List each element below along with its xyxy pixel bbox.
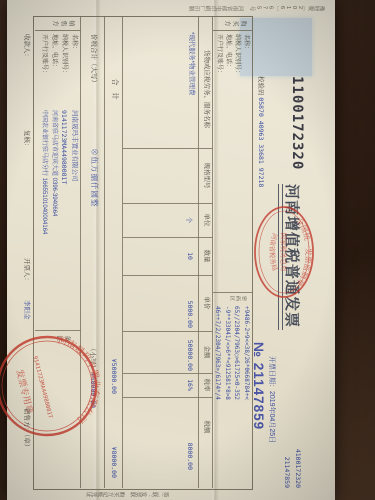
payee-label: 收款人： — [23, 34, 30, 60]
drawer-name: 李阳金 — [23, 300, 30, 320]
column-line — [123, 275, 213, 276]
buyer-side-label: 购买方 — [223, 19, 247, 25]
item-unit: 个 — [185, 203, 194, 237]
seller-bank-label: 开户行及账号： — [41, 34, 47, 76]
grand-total-label: 价税合计（大写） — [90, 34, 97, 86]
password-line: +9486-2+9<<38/26*0668784+< — [243, 306, 249, 400]
seller-seal-footer-label: 销售方：（章） — [23, 408, 30, 450]
column-line — [123, 237, 213, 238]
svg-text:河南省税务局: 河南省税务局 — [268, 232, 280, 272]
totals-tax: ¥8000.00 — [110, 408, 118, 478]
invoice-paper: 豫财税〔2016〕675号 河南省邮电印刷厂印制 1100172320 校验码 … — [7, 0, 335, 500]
col-header-taxamount: 税额 — [203, 397, 210, 457]
table-line — [35, 30, 81, 31]
col-header-taxrate: 税率 — [203, 373, 210, 397]
password-side-label: 密码区 — [229, 295, 247, 300]
col-header-amount: 金额 — [203, 331, 210, 373]
grand-total-in-words: ⊗伍万捌仟圆整 — [91, 148, 99, 208]
item-tax-rate: 16% — [186, 373, 194, 397]
totals-label: 合 计 — [111, 30, 118, 148]
table-line — [122, 16, 123, 488]
column-line — [123, 397, 213, 398]
item-amount: 50000.00 — [186, 331, 194, 371]
monitor-stamp-center: 国家税务总局 — [280, 233, 289, 273]
monitor-stamp-bottom-arc: 河南省税务局 — [268, 232, 280, 272]
seller-name-label: 名称： — [71, 34, 77, 52]
right-edge-copy-info: 第二联：发票联 购买方记账凭证 — [87, 490, 170, 496]
column-line — [123, 148, 213, 149]
col-header-unit: 单位 — [203, 203, 210, 237]
seller-bank-value: 中国农业银行驻马店分行 16655101040004164 — [41, 110, 47, 234]
seller-name-value: 河南晟玛丰置业有限公司 — [71, 110, 78, 182]
invoice-code-top-right: 4100172320 — [294, 418, 302, 488]
check-code-value: 05870 40963 33681 97218 — [257, 97, 265, 187]
seller-address-value: 河南省驻马店市迎宾大道 0396-3940664 — [51, 110, 57, 216]
tax-monitor-oval-stamp: 全国统一发票监制章 国家税务总局 河南省税务局 — [252, 204, 316, 300]
left-edge-print-info: 豫财税〔2016〕675号 河南省邮电印刷厂印制 — [189, 4, 325, 10]
issue-date: 开票日期：2019年04月25日 — [268, 356, 275, 443]
col-header-spec: 规格型号 — [203, 148, 210, 203]
password-line: 46++7/2/2304/7963>/6174*/4 — [215, 306, 221, 400]
seller-seal-number: 91411723MA44980081T — [31, 355, 52, 419]
seller-taxid-value: 91411723MA44980081T — [61, 110, 68, 184]
drawer-label: 开票人： — [23, 258, 30, 284]
buyer-bank-label: 开户行及账号： — [216, 34, 222, 76]
password-line: 65//2304/7963○>61725<0-352 — [234, 306, 240, 400]
svg-text:全国统一发票监制章: 全国统一发票监制章 — [294, 216, 314, 289]
item-quantity: 10 — [186, 237, 194, 275]
table-line — [213, 30, 253, 31]
seller-address-label: 地址、电话： — [51, 34, 57, 70]
table-line — [198, 16, 199, 488]
photo-of-invoice-on-table: 豫财税〔2016〕675号 河南省邮电印刷厂印制 1100172320 校验码 … — [0, 0, 375, 500]
check-code-label: 校验码 — [257, 76, 264, 96]
table-line — [213, 292, 253, 293]
big-invoice-number: № 21147859 — [251, 342, 266, 430]
totals-amount: ¥50000.00 — [110, 330, 118, 394]
invoice-number-top-right: 21147859 — [283, 418, 291, 488]
col-header-name: 货物或应税劳务、服务名称 — [203, 30, 210, 148]
machine-invoice-number: 1100172320 — [289, 76, 305, 170]
buyer-name-label: 名称： — [243, 34, 249, 52]
item-unit-price: 5000.00 — [186, 275, 194, 328]
table-line — [212, 16, 213, 488]
col-header-price: 单价 — [203, 275, 210, 331]
monitor-stamp-top-arc: 全国统一发票监制章 — [294, 216, 314, 289]
item-tax-amount: 8000.00 — [186, 397, 194, 470]
seller-side-label: 销售方 — [51, 19, 75, 25]
buyer-taxid-label: 纳税人识别号： — [234, 34, 240, 76]
col-header-qty: 数量 — [203, 237, 210, 275]
password-line: -9**33041/<>6**<912581*8>8 — [224, 306, 230, 400]
item-name: *现代服务*物业管理费 — [188, 32, 195, 96]
reviewer-label: 复核： — [23, 130, 30, 150]
buyer-address-label: 地址、电话： — [225, 34, 231, 70]
column-line — [123, 331, 213, 332]
seller-taxid-label: 纳税人识别号： — [61, 34, 67, 76]
column-line — [123, 203, 213, 204]
column-line — [123, 373, 213, 374]
